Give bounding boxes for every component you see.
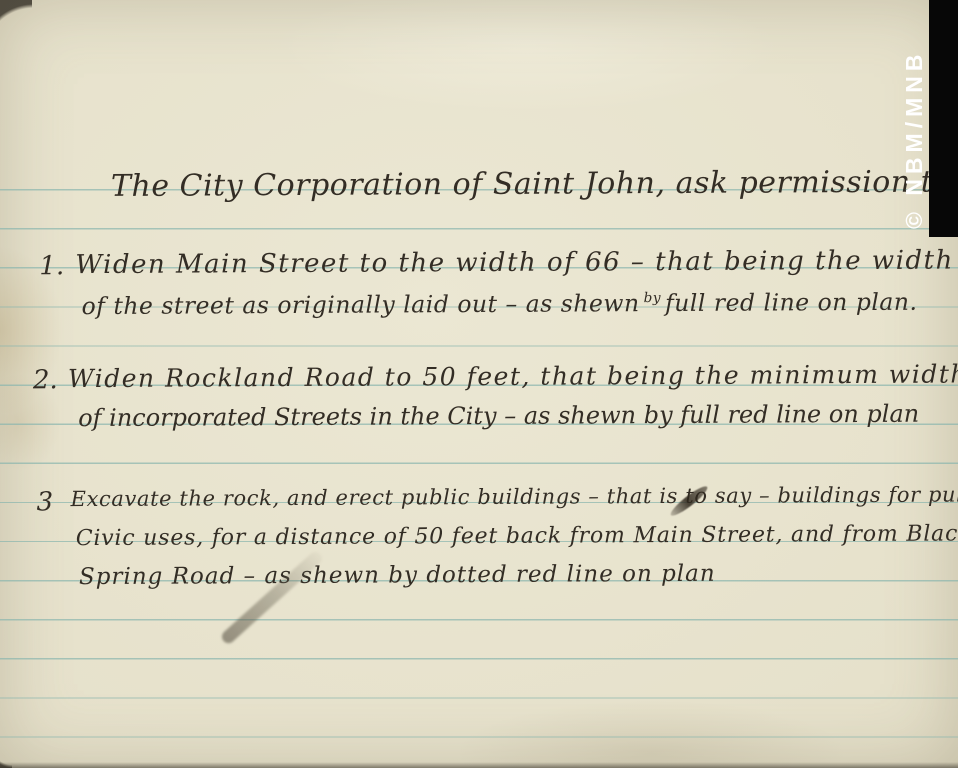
item-3-line-3: Spring Road – as shewn by dotted red lin…	[79, 561, 716, 591]
scanned-document-page: The City Corporation of Saint John, ask …	[0, 0, 958, 768]
item-2-line-2: of incorporated Streets in the City – as…	[78, 401, 919, 433]
copyright-bar: © NBM/MNB	[929, 0, 958, 237]
inserted-word-by: by	[644, 290, 662, 306]
item-1-line-1: Widen Main Street to the width of 66 – t…	[75, 247, 954, 281]
item-1-line-2-tail: full red line on plan.	[665, 288, 918, 317]
document-heading: The City Corporation of Saint John, ask …	[111, 166, 952, 205]
item-3-line-1: Excavate the rock, and erect public buil…	[71, 482, 958, 511]
item-1-number: 1.	[39, 252, 64, 282]
item-2-line-1: Widen Rockland Road to 50 feet, that bei…	[68, 360, 958, 394]
item-1-line-2: of the street as originally laid out – a…	[82, 289, 918, 320]
copyright-label: © NBM/MNB	[900, 0, 929, 235]
item-2-number: 2.	[33, 366, 58, 396]
item-3-number: 3	[37, 488, 54, 518]
item-3-line-2: Civic uses, for a distance of 50 feet ba…	[76, 521, 958, 551]
scan-edge-shadow-bottom	[0, 762, 958, 768]
manuscript-text-layer: The City Corporation of Saint John, ask …	[0, 0, 958, 768]
scan-corner-shadow-top-left	[0, 0, 32, 58]
item-1-line-2-text: of the street as originally laid out – a…	[82, 289, 640, 320]
